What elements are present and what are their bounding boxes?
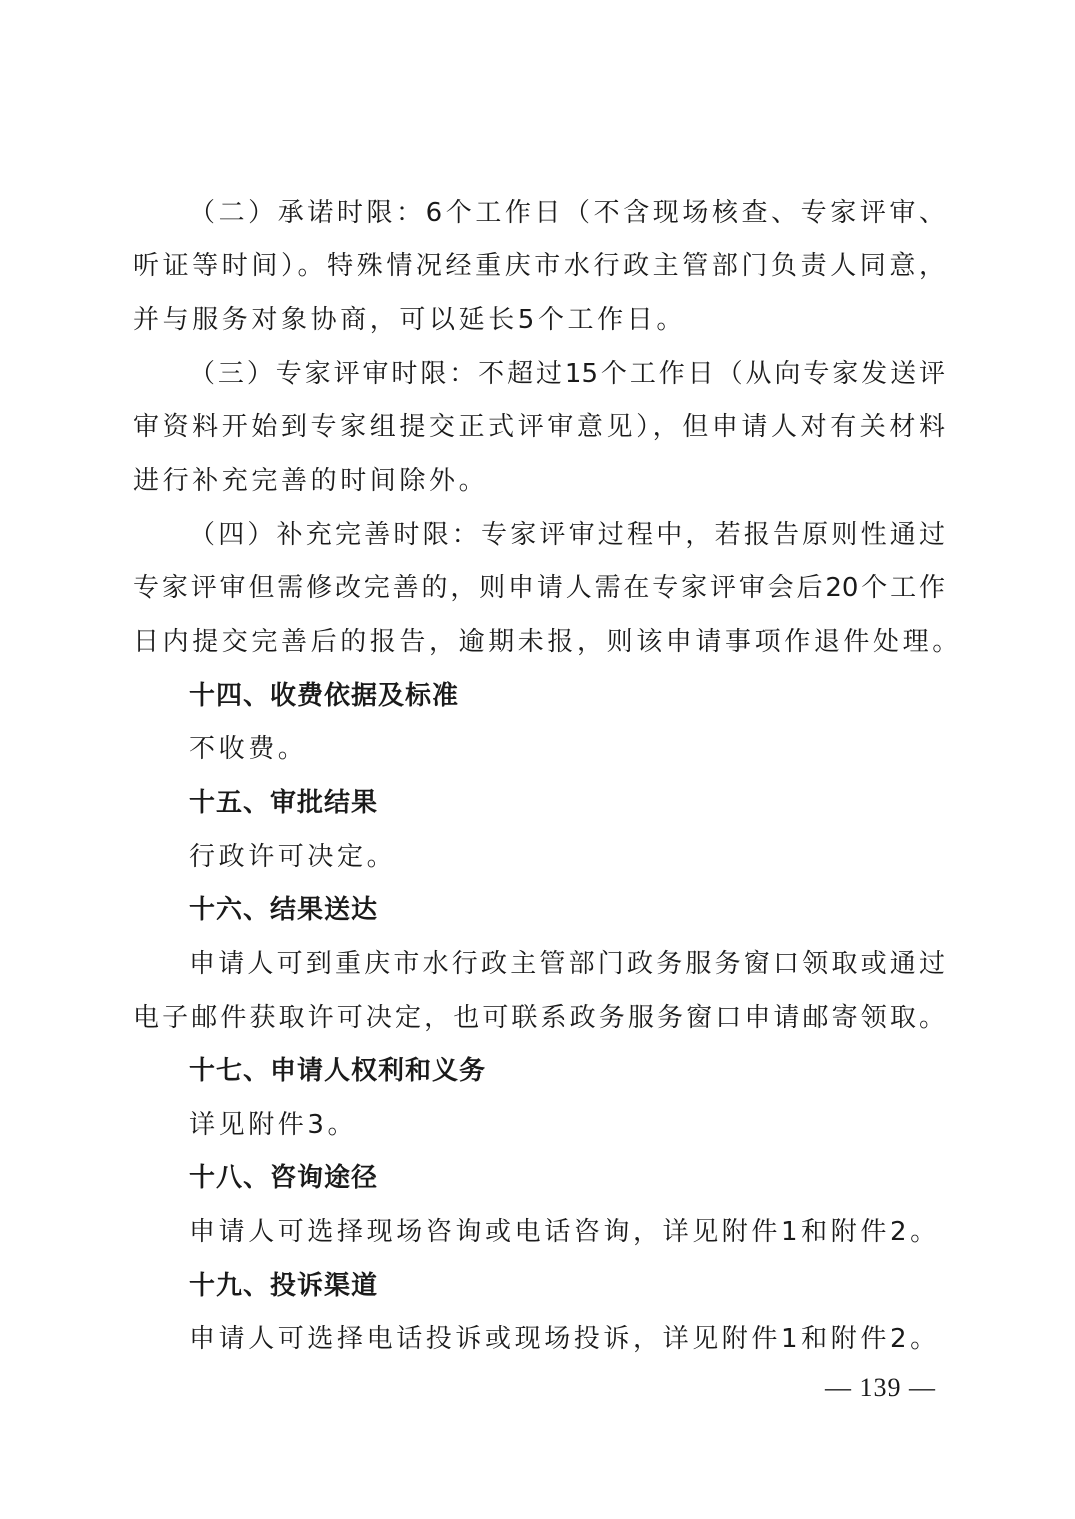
section-body: 详见附件3。 — [189, 1105, 357, 1145]
section-body: 申请人可到重庆市水行政主管部门政务服务窗口领取或通过 — [189, 944, 945, 984]
section-heading: 十七、申请人权利和义务 — [189, 1051, 486, 1091]
paragraph-line: 并与服务对象协商，可以延长5个工作日。 — [133, 300, 686, 340]
section-heading: 十九、投诉渠道 — [189, 1266, 378, 1306]
paragraph-line: 专家评审但需修改完善的，则申请人需在专家评审会后20个工作 — [133, 568, 945, 608]
paragraph-line: （四）补充完善时限：专家评审过程中，若报告原则性通过 — [189, 515, 945, 555]
section-heading: 十八、咨询途径 — [189, 1158, 378, 1198]
page-number: — 139 — — [825, 1368, 936, 1408]
section-body: 申请人可选择电话投诉或现场投诉，详见附件1和附件2。 — [189, 1319, 940, 1359]
paragraph-line: 听证等时间）。特殊情况经重庆市水行政主管部门负责人同意， — [133, 246, 945, 286]
section-heading: 十四、收费依据及标准 — [189, 676, 459, 716]
section-heading: 十六、结果送达 — [189, 890, 378, 930]
section-body: 行政许可决定。 — [189, 837, 396, 877]
paragraph-line: （三）专家评审时限：不超过15个工作日（从向专家发送评 — [189, 354, 945, 394]
section-body: 不收费。 — [189, 729, 307, 769]
paragraph-line: （二）承诺时限：6个工作日（不含现场核查、专家评审、 — [189, 193, 945, 233]
paragraph-line: 进行补充完善的时间除外。 — [133, 461, 488, 501]
section-heading: 十五、审批结果 — [189, 783, 378, 823]
paragraph-line: 审资料开始到专家组提交正式评审意见），但申请人对有关材料 — [133, 407, 945, 447]
paragraph-line: 日内提交完善后的报告，逾期未报，则该申请事项作退件处理。 — [133, 622, 962, 662]
section-body: 电子邮件获取许可决定，也可联系政务服务窗口申请邮寄领取。 — [133, 998, 945, 1038]
section-body: 申请人可选择现场咨询或电话咨询，详见附件1和附件2。 — [189, 1212, 940, 1252]
